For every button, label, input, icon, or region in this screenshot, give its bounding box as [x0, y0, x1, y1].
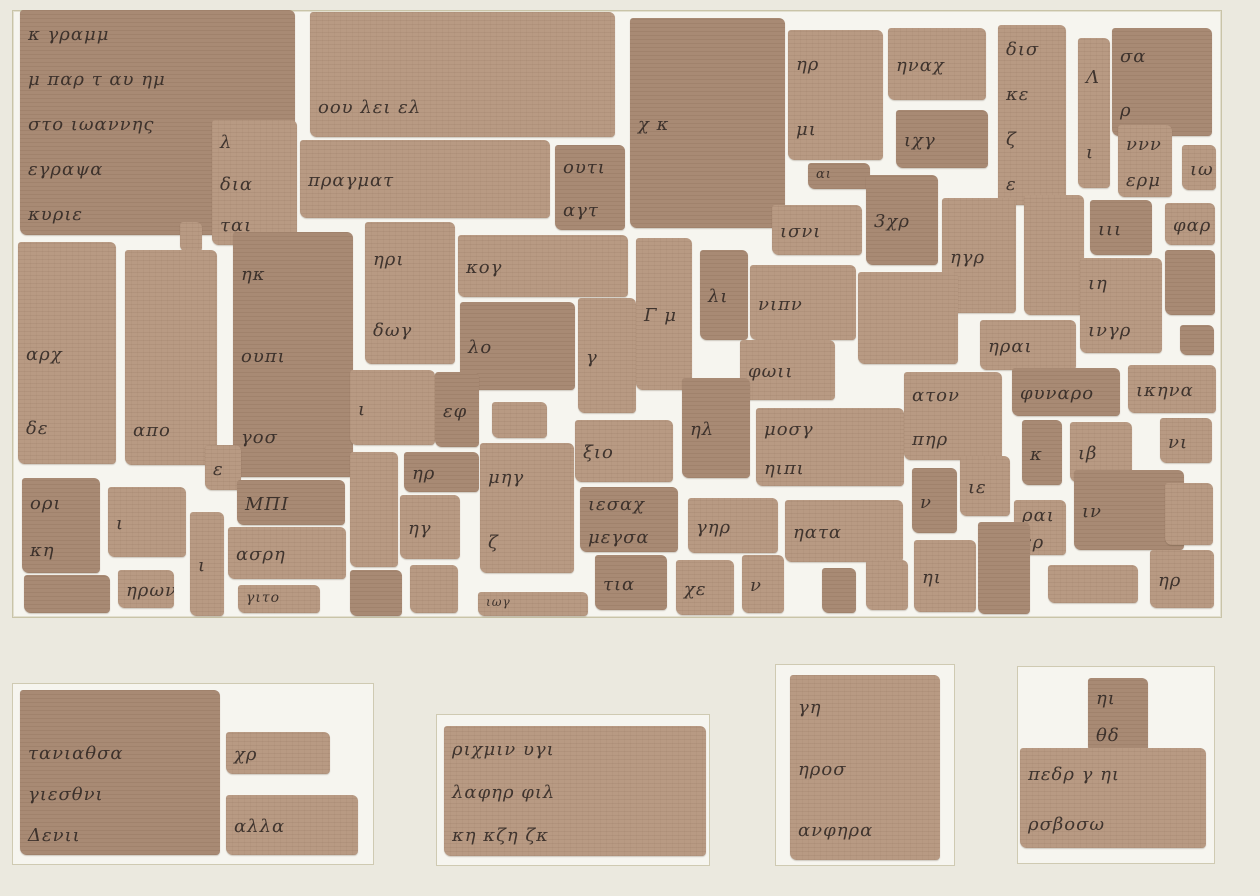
papyrus-fragment: ιε — [960, 456, 1010, 516]
papyrus-fragment: ιεσαχμεγσα — [580, 487, 678, 552]
papyrus-fragment — [410, 565, 458, 613]
script-line: ηροσ — [798, 759, 847, 780]
papyrus-fragment: φυναρο — [1012, 368, 1120, 416]
script-line: λαφηρ φιλ — [452, 782, 555, 803]
script-line: ινγρ — [1088, 320, 1131, 341]
script-line: ε — [213, 459, 224, 480]
papyrus-fragment: ισνι — [772, 205, 862, 255]
script-line: ζ — [488, 532, 499, 553]
papyrus-fragment — [1165, 250, 1215, 315]
papyrus-fragment: κογ — [458, 235, 628, 297]
script-line: ηρ — [412, 463, 435, 484]
papyrus-fragment: ικηνα — [1128, 365, 1216, 413]
script-line: χ κ — [638, 114, 669, 135]
script-line: σα — [1120, 46, 1146, 67]
papyrus-fragment: γιτο — [238, 585, 320, 613]
papyrus-fragment: ιηινγρ — [1080, 258, 1162, 353]
papyrus-fragment: σαρ — [1112, 28, 1212, 136]
papyrus-fragment: τια — [595, 555, 667, 610]
script-line: τανιαθσα — [28, 743, 124, 764]
papyrus-fragment: ηι — [914, 540, 976, 612]
script-line: κη — [30, 540, 55, 561]
script-line: δια — [220, 174, 253, 195]
papyrus-fragment: φαρ — [1165, 203, 1215, 245]
script-line: ννν — [1126, 134, 1162, 155]
script-line: ιη — [1088, 273, 1108, 294]
script-line: ρ — [1120, 100, 1132, 121]
papyrus-fragment: ι — [350, 370, 435, 445]
script-line: ερμ — [1126, 170, 1161, 191]
papyrus-fragment — [1048, 565, 1138, 603]
papyrus-fragment: γηηροσανφηρα — [790, 675, 940, 860]
papyrus-fragment: πεδρ γ ηιρσβοσω — [1020, 748, 1206, 848]
script-line: πηρ — [912, 429, 948, 450]
script-line: ε — [1006, 174, 1017, 195]
papyrus-fragment: νιπν — [750, 265, 856, 340]
script-line: αλλα — [234, 816, 285, 837]
script-line: ι — [1086, 142, 1094, 163]
script-line: ηγρ — [950, 247, 985, 268]
script-line: ατον — [912, 385, 960, 406]
script-line: μηγ — [488, 467, 524, 488]
script-line: φωιι — [748, 361, 793, 382]
script-line: θδ — [1096, 725, 1120, 746]
papyrus-fragment: ατονπηρ — [904, 372, 1002, 460]
script-line: ανφηρα — [798, 820, 873, 841]
script-line: ηατα — [793, 522, 842, 543]
script-line: οου λει ελ — [318, 97, 421, 118]
papyrus-fragment: ηιθδ — [1088, 678, 1148, 753]
script-line: ι — [116, 513, 124, 534]
papyrus-fragment — [350, 570, 402, 616]
script-line: ηρ — [796, 54, 819, 75]
script-line: ριχμιν υγι — [452, 739, 555, 760]
script-line: ηρων — [126, 580, 174, 601]
script-line: ηιπι — [764, 458, 805, 479]
papyrus-fragment: λι — [700, 250, 748, 340]
script-line: γη — [798, 697, 822, 718]
papyrus-fragment — [492, 402, 547, 438]
script-line: ηγ — [408, 518, 432, 539]
papyrus-fragment: μηγζ — [480, 443, 574, 573]
script-line: ουπι — [241, 346, 286, 367]
papyrus-fragment: Λι — [1078, 38, 1110, 188]
papyrus-fragment: ουτιαγτ — [555, 145, 625, 230]
script-line: πραγματ — [308, 170, 394, 191]
papyrus-fragment: ξιο — [575, 420, 673, 482]
script-line: κ γραμμ — [28, 24, 109, 45]
papyrus-fragment: ιχγ — [896, 110, 988, 168]
script-line: ζ — [1006, 129, 1017, 150]
papyrus-fragment — [24, 575, 110, 613]
script-line: στο ιωαννης — [28, 114, 154, 135]
script-line: ξιο — [583, 442, 614, 463]
script-line: ιιι — [1098, 219, 1122, 240]
script-line: κη κζη ζκ — [452, 825, 549, 846]
script-line: χε — [684, 579, 707, 600]
script-line: ηλ — [690, 419, 714, 440]
script-line: νιπν — [758, 294, 803, 315]
script-line: γ — [586, 347, 598, 368]
script-line: γιεσθνι — [28, 784, 104, 805]
papyrus-fragment: πραγματ — [300, 140, 550, 218]
papyrus-fragment — [866, 560, 908, 610]
papyrus-fragment: 3χρ — [866, 175, 938, 265]
script-line: ιω — [1190, 159, 1214, 180]
papyrus-fragment: τανιαθσαγιεσθνιΔενιι — [20, 690, 220, 855]
papyrus-fragment — [978, 522, 1030, 614]
script-line: ηκ — [241, 264, 266, 285]
papyrus-fragment: λδιαται — [212, 120, 297, 245]
script-line: αι — [816, 167, 832, 182]
papyrus-fragment: αι — [808, 163, 870, 189]
script-line: ηι — [922, 567, 942, 588]
script-line: ορι — [30, 493, 61, 514]
papyrus-fragment: ν — [912, 468, 957, 533]
papyrus-fragment: ηρμι — [788, 30, 883, 160]
papyrus-fragment — [350, 452, 398, 567]
papyrus-fragment: ασρη — [228, 527, 346, 579]
papyrus-fragment: ι — [190, 512, 224, 616]
script-line: μεγσα — [588, 527, 650, 548]
script-line: ικηνα — [1136, 380, 1194, 401]
script-line: χρ — [234, 744, 258, 765]
script-line: λι — [708, 286, 728, 307]
script-line: νι — [1168, 432, 1188, 453]
papyrus-fragment: Γ μ — [636, 238, 692, 390]
script-line: εγραψα — [28, 159, 103, 180]
script-line: κυριε — [28, 204, 83, 225]
papyrus-fragment: αλλα — [226, 795, 358, 855]
script-line: ιωγ — [486, 595, 511, 609]
script-line: γοσ — [241, 427, 278, 448]
papyrus-fragment: ιω — [1182, 145, 1216, 190]
papyrus-fragment: ε — [205, 445, 241, 490]
papyrus-fragment: ηλ — [682, 378, 750, 478]
script-line: ι — [358, 399, 366, 420]
papyrus-fragment: χρ — [226, 732, 330, 774]
papyrus-fragment: κ — [1022, 420, 1062, 485]
script-line: εφ — [443, 401, 467, 422]
papyrus-fragment: γηρ — [688, 498, 778, 553]
script-line: ηι — [1096, 688, 1116, 709]
papyrus-fragment: μοσγηιπι — [756, 408, 904, 486]
script-line: 3χρ — [874, 211, 910, 232]
papyrus-fragment: ι — [108, 487, 186, 557]
papyrus-fragment: γ — [578, 298, 636, 413]
papyrus-fragment: εφ — [435, 372, 479, 447]
papyrus-fragment: χε — [676, 560, 734, 615]
papyrus-fragment: δισκεζε — [998, 25, 1066, 205]
papyrus-fragment: ηριδωγ — [365, 222, 455, 364]
script-line: ουτι — [563, 157, 606, 178]
papyrus-fragment: ηκουπιγοσ — [233, 232, 353, 477]
papyrus-fragment: ηρ — [404, 452, 479, 492]
papyrus-fragment — [1180, 325, 1214, 355]
script-line: δε — [26, 418, 49, 439]
script-line: ισνι — [780, 221, 821, 242]
script-line: γιτο — [246, 590, 280, 606]
script-line: κε — [1006, 84, 1029, 105]
script-line: λο — [468, 337, 492, 358]
script-line: ηναχ — [896, 55, 945, 76]
script-line: κογ — [466, 257, 502, 278]
papyrus-fragment: ηγ — [400, 495, 460, 559]
papyrus-fragment: ν — [742, 555, 784, 613]
script-line: Γ μ — [644, 305, 677, 326]
papyrus-fragment: ηρων — [118, 570, 174, 608]
script-line: φαρ — [1173, 215, 1211, 236]
papyrus-fragment — [180, 222, 202, 252]
script-line: ιεσαχ — [588, 494, 645, 515]
script-line: ι — [198, 555, 206, 576]
script-line: μοσγ — [764, 419, 814, 440]
script-line: γηρ — [696, 517, 731, 538]
papyrus-fragment: ιιι — [1090, 200, 1152, 255]
script-line: δισ — [1006, 39, 1039, 60]
papyrus-fragment: φωιι — [740, 340, 835, 400]
script-line: αρχ — [26, 344, 63, 365]
script-line: Λ — [1086, 67, 1100, 88]
script-line: ιχγ — [904, 130, 936, 151]
script-line: ν — [750, 575, 762, 596]
papyrus-fragment: ηατα — [785, 500, 903, 562]
script-line: τια — [603, 574, 635, 595]
papyrus-fragment: ηραι — [980, 320, 1076, 370]
papyrus-fragment: χ κ — [630, 18, 785, 228]
script-line: κ — [1030, 444, 1043, 465]
script-line: φυναρο — [1020, 383, 1094, 404]
papyrus-fragment: ορικη — [22, 478, 100, 573]
script-line: ηρι — [373, 249, 404, 270]
script-line: ιε — [968, 477, 987, 498]
script-line: λ — [220, 132, 232, 153]
papyrus-fragment — [1024, 195, 1084, 315]
papyrus-fragment: ΜΠΙ — [237, 480, 345, 525]
script-line: ηραι — [988, 336, 1033, 357]
script-line: μι — [796, 119, 817, 140]
script-line: ασρη — [236, 544, 286, 565]
papyrus-fragment: νι — [1160, 418, 1212, 463]
script-line: μ παρ τ αυ ημ — [28, 69, 166, 90]
papyrus-fragment: ηναχ — [888, 28, 986, 100]
papyrus-fragment: νννερμ — [1118, 125, 1172, 197]
papyrus-fragment — [858, 272, 958, 364]
script-line: αγτ — [563, 200, 599, 221]
script-line: ρσβοσω — [1028, 814, 1105, 835]
papyrus-fragment — [822, 568, 856, 613]
papyrus-fragment: ιωγ — [478, 592, 588, 616]
script-line: ιβ — [1078, 443, 1097, 464]
papyrus-fragment: ριχμιν υγιλαφηρ φιλκη κζη ζκ — [444, 726, 706, 856]
papyrus-fragment: ηρ — [1150, 550, 1214, 608]
script-line: ιν — [1082, 501, 1102, 522]
papyrus-fragment — [1165, 483, 1213, 545]
papyrus-fragment: αρχδε — [18, 242, 116, 464]
script-line: δωγ — [373, 320, 412, 341]
script-line: Δενιι — [28, 825, 81, 846]
script-line: ΜΠΙ — [245, 494, 289, 515]
script-line: απο — [133, 420, 171, 441]
script-line: πεδρ γ ηι — [1028, 764, 1120, 785]
script-line: ν — [920, 492, 932, 513]
script-line: ηρ — [1158, 570, 1181, 591]
papyrus-fragment: απο — [125, 250, 217, 465]
papyrus-fragment: οου λει ελ — [310, 12, 615, 137]
